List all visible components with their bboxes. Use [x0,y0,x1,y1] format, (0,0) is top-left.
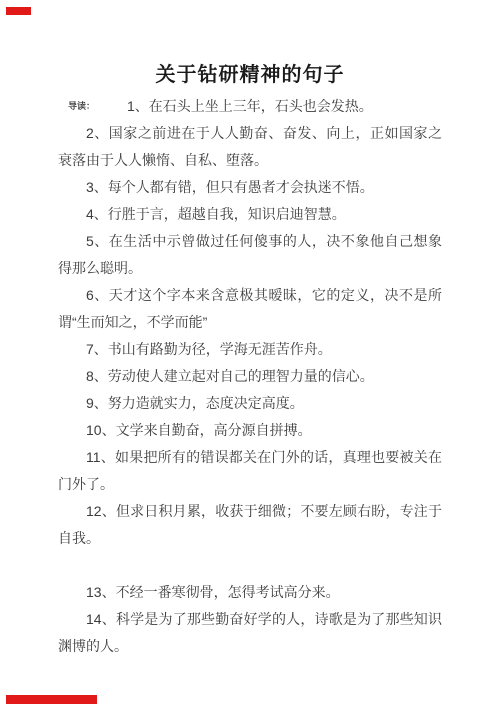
sentence-paragraph: 3、每个人都有错，但只有愚者才会执迷不悟。 [58,174,442,201]
sentence-paragraph: 4、行胜于言，超越自我，知识启迪智慧。 [58,201,442,228]
sentence-paragraph: 9、努力造就实力，态度决定高度。 [58,390,442,417]
document-page: 关于钻研精神的句子 导读：1、在石头上坐上三年，石头也会发热。2、国家之前进在于… [0,0,500,707]
paragraph-list: 导读：1、在石头上坐上三年，石头也会发热。2、国家之前进在于人人勤奋、奋发、向上… [58,93,442,660]
sentence-paragraph: 13、不经一番寒彻骨，怎得考试高分来。 [58,579,442,606]
page-title: 关于钻研精神的句子 [0,60,500,90]
sentence-paragraph: 10、文学来自勤奋，高分源自拼搏。 [58,417,442,444]
sentence-paragraph: 7、书山有路勤为径，学海无涯苦作舟。 [58,336,442,363]
sentence-paragraph: 12、但求日积月累，收获于细微；不要左顾右盼，专注于自我。 [58,498,442,552]
sentence-paragraph: 5、在生活中示曾做过任何傻事的人，决不象他自己想象得那么聪明。 [58,228,442,282]
top-red-marker [6,7,31,15]
sentence-paragraph: 14、科学是为了那些勤奋好学的人，诗歌是为了那些知识渊博的人。 [58,606,442,660]
bottom-red-marker [6,695,97,704]
sentence-paragraph: 8、劳动使人建立起对自己的理智力量的信心。 [58,363,442,390]
sentence-paragraph: 6、天才这个字本来含意极其暧昧，它的定义，决不是所谓“生而知之，不学而能” [58,282,442,336]
sentence-text: 1、在石头上坐上三年，石头也会发热。 [127,98,373,114]
sentence-paragraph: 导读：1、在石头上坐上三年，石头也会发热。 [58,93,442,120]
sentence-paragraph: 2、国家之前进在于人人勤奋、奋发、向上，正如国家之衰落由于人人懒惰、自私、堕落。 [58,120,442,174]
sentence-paragraph: 11、如果把所有的错误都关在门外的话，真理也要被关在门外了。 [58,444,442,498]
lead-label: 导读： [68,93,95,120]
